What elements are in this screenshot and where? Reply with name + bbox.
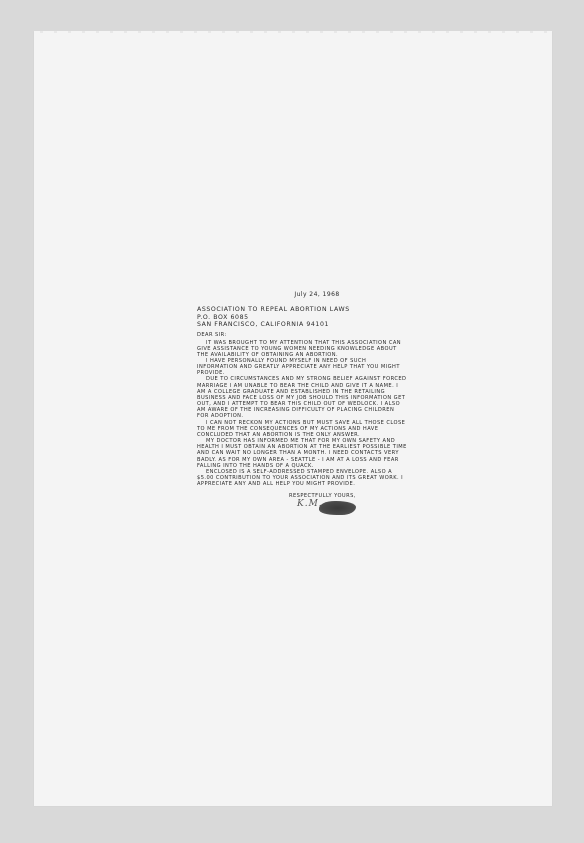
recipient-line: P.O. Box 6085 xyxy=(197,314,407,321)
signature: K.M. xyxy=(197,499,407,519)
paragraph: Due to circumstances and my strong belie… xyxy=(197,376,407,419)
recipient-address: Association to Repeal Abortion Laws P.O.… xyxy=(197,306,407,328)
recipient-line: Association to Repeal Abortion Laws xyxy=(197,306,407,313)
paragraph: I have personally found myself in need o… xyxy=(197,358,407,376)
salutation: Dear Sir: xyxy=(197,332,407,338)
paragraph: My doctor has informed me that for my ow… xyxy=(197,438,407,469)
letter-body: July 24, 1968 Association to Repeal Abor… xyxy=(197,292,407,519)
paragraph: It was brought to my attention that this… xyxy=(197,340,407,358)
paper-sheet: July 24, 1968 Association to Repeal Abor… xyxy=(34,32,552,806)
letter-date: July 24, 1968 xyxy=(197,292,407,298)
recipient-line: San Francisco, California 94101 xyxy=(197,321,407,328)
redaction-mark xyxy=(319,501,356,515)
paragraph: Enclosed is a self-addressed stamped env… xyxy=(197,469,407,487)
paragraph: I can not reckon my actions but must sav… xyxy=(197,420,407,438)
